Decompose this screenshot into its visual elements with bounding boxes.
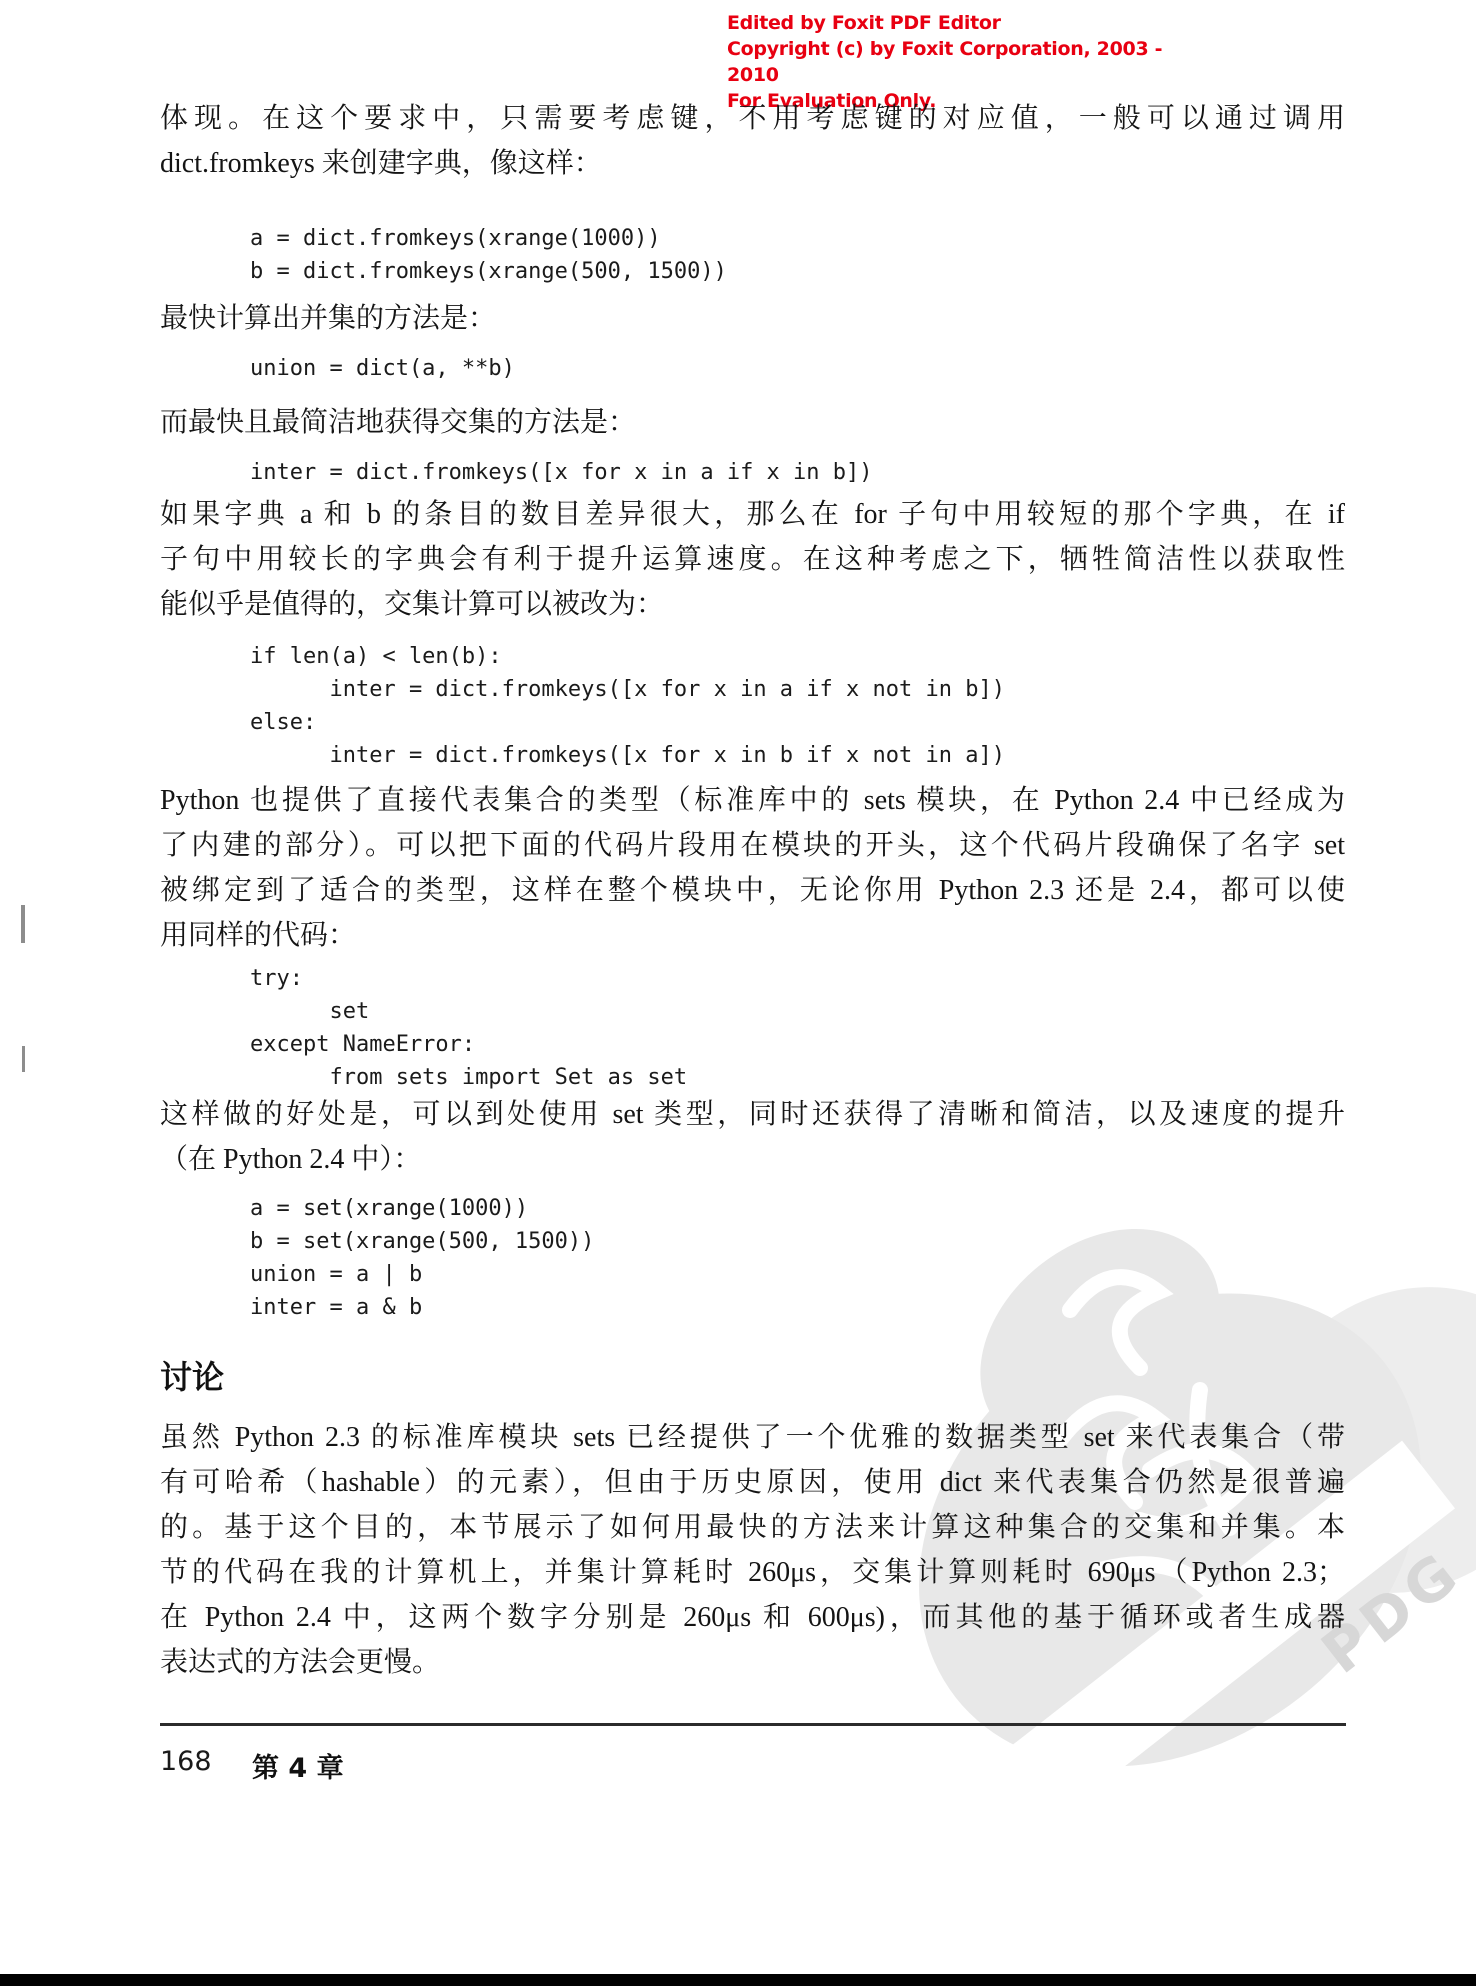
page-number: 168: [160, 1746, 212, 1777]
text-line: 虽然 Python 2.3 的标准库模块 sets 已经提供了一个优雅的数据类型…: [160, 1415, 1345, 1460]
text-line: 而最快且最简洁地获得交集的方法是：: [160, 400, 1345, 445]
paragraph-intro: 体现。在这个要求中，只需要考虑键，不用考虑键的对应值，一般可以通过调用 dict…: [160, 96, 1345, 186]
footer-rule: [160, 1723, 1346, 1726]
discussion-heading: 讨论: [160, 1352, 224, 1398]
text-line: dict.fromkeys 来创建字典，像这样：: [160, 141, 1345, 186]
text-line: 的。基于这个目的，本节展示了如何用最快的方法来计算这种集合的交集和并集。本: [160, 1505, 1345, 1550]
text-line: 被绑定到了适合的类型，这样在整个模块中，无论你用 Python 2.3 还是 2…: [160, 868, 1345, 913]
code-block-set-union-inter: a = set(xrange(1000)) b = set(xrange(500…: [250, 1192, 594, 1324]
scan-artifact-mark: [21, 905, 25, 943]
text-line: 如果字典 a 和 b 的条目的数目差异很大，那么在 for 子句中用较短的那个字…: [160, 492, 1345, 537]
chapter-label: 第 4 章: [252, 1746, 344, 1785]
paragraph-benefits: 这样做的好处是，可以到处使用 set 类型，同时还获得了清晰和简洁，以及速度的提…: [160, 1092, 1345, 1182]
code-block-dict-fromkeys: a = dict.fromkeys(xrange(1000)) b = dict…: [250, 222, 727, 288]
text-line: 体现。在这个要求中，只需要考虑键，不用考虑键的对应值，一般可以通过调用: [160, 96, 1345, 141]
text-line: 有可哈希（hashable）的元素），但由于历史原因，使用 dict 来代表集合…: [160, 1460, 1345, 1505]
code-block-inter-listcomp: inter = dict.fromkeys([x for x in a if x…: [250, 456, 873, 489]
paragraph-sets-module: Python 也提供了直接代表集合的类型（标准库中的 sets 模块，在 Pyt…: [160, 778, 1345, 958]
paragraph-inter-intro: 而最快且最简洁地获得交集的方法是：: [160, 400, 1345, 445]
paragraph-union-intro: 最快计算出并集的方法是：: [160, 296, 1345, 341]
code-block-if-else-inter: if len(a) < len(b): inter = dict.fromkey…: [250, 640, 1005, 772]
paragraph-discussion: 虽然 Python 2.3 的标准库模块 sets 已经提供了一个优雅的数据类型…: [160, 1415, 1345, 1685]
text-line: 最快计算出并集的方法是：: [160, 296, 1345, 341]
text-line: 节的代码在我的计算机上，并集计算耗时 260μs，交集计算则耗时 690μs（P…: [160, 1550, 1345, 1595]
text-line: 子句中用较长的字典会有利于提升运算速度。在这种考虑之下，牺牲简洁性以获取性: [160, 537, 1345, 582]
text-line: 用同样的代码：: [160, 913, 1345, 958]
foxit-notice-line: Copyright (c) by Foxit Corporation, 2003…: [727, 36, 1207, 88]
page-footer: 168 第 4 章: [160, 1746, 760, 1786]
scan-artifact-mark: [22, 1046, 25, 1072]
foxit-notice-line: Edited by Foxit PDF Editor: [727, 10, 1207, 36]
text-line: 表达式的方法会更慢。: [160, 1640, 1345, 1685]
scanned-book-page: PDG Edited by Foxit PDF Editor Copyright…: [0, 0, 1476, 1986]
text-line: Python 也提供了直接代表集合的类型（标准库中的 sets 模块，在 Pyt…: [160, 778, 1345, 823]
paragraph-size-difference: 如果字典 a 和 b 的条目的数目差异很大，那么在 for 子句中用较短的那个字…: [160, 492, 1345, 627]
scan-edge-bar: [0, 1974, 1476, 1986]
code-block-union-dict: union = dict(a, **b): [250, 352, 515, 385]
text-line: 能似乎是值得的，交集计算可以被改为：: [160, 582, 1345, 627]
code-block-try-except-set: try: set except NameError: from sets imp…: [250, 962, 687, 1094]
text-line: 这样做的好处是，可以到处使用 set 类型，同时还获得了清晰和简洁，以及速度的提…: [160, 1092, 1345, 1137]
page-content: Edited by Foxit PDF Editor Copyright (c)…: [0, 0, 1476, 1986]
text-line: 了内建的部分）。可以把下面的代码片段用在模块的开头，这个代码片段确保了名字 se…: [160, 823, 1345, 868]
text-line: （在 Python 2.4 中）：: [160, 1137, 1345, 1182]
text-line: 在 Python 2.4 中，这两个数字分别是 260μs 和 600μs)，而…: [160, 1595, 1345, 1640]
